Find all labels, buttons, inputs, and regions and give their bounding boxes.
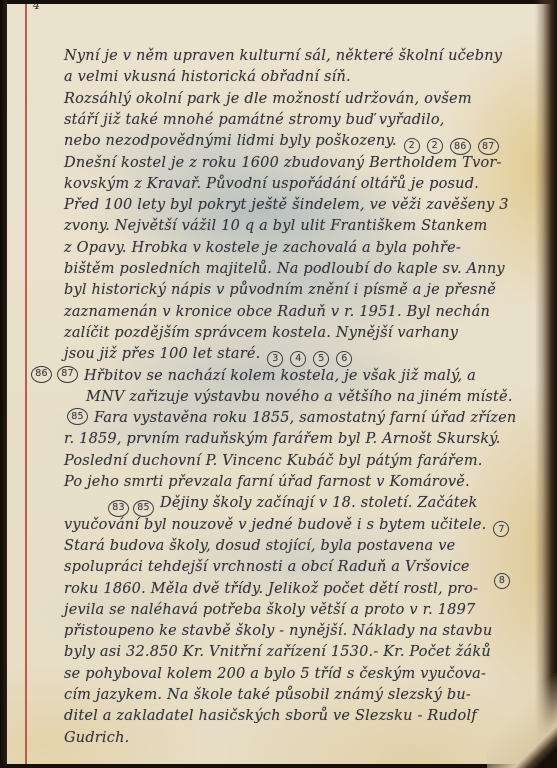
handwritten-line: vyučování byl nouzově v jedné budově i s… <box>64 515 509 536</box>
handwritten-line: jevila se naléhavá potřeba školy větší a… <box>64 600 475 621</box>
line-text: Poslední duchovní P. Vincenc Kubáč byl p… <box>64 453 483 469</box>
handwritten-line: zalíčit pozdějším správcem kostela. Nyně… <box>64 323 458 344</box>
left-margin-circles: 85 <box>67 408 88 425</box>
line-text: spolupráci tehdejší vrchnosti a obcí Rad… <box>64 559 470 575</box>
handwritten-line: Poslední duchovní P. Vincenc Kubáč byl p… <box>64 451 483 472</box>
handwritten-line: roku 1860. Měla dvě třídy. Jelikož počet… <box>64 579 478 600</box>
line-text: Fara vystavěna roku 1855, samostatný far… <box>94 410 516 426</box>
line-text: roku 1860. Měla dvě třídy. Jelikož počet… <box>64 581 478 597</box>
circled-number: 86 <box>31 366 52 383</box>
line-text: z Opavy. Hrobka v kostele je zachovalá a… <box>64 240 461 256</box>
circled-number: 7 <box>493 521 509 537</box>
line-text: vyučování byl nouzově v jedné budově i s… <box>64 517 486 533</box>
line-text: byl historický nápis v původním znění i … <box>64 282 496 298</box>
line-text: Po jeho smrti převzala farní úřad farnos… <box>64 474 470 490</box>
line-text: stáří již také mnohé památné stromy buď … <box>64 112 445 128</box>
scan-edge-left <box>0 0 7 768</box>
handwritten-line: jsou již přes 100 let staré.3456 <box>64 344 352 365</box>
handwritten-line: byl historický nápis v původním znění i … <box>64 280 496 301</box>
handwritten-line: MNV zařizuje výstavbu nového a většího n… <box>86 387 513 408</box>
scanned-chronicle-page: 4 Nyní je v něm upraven kulturní sál, ně… <box>0 0 557 768</box>
line-text: nebo nezodpovědnými lidmi byly poškozeny… <box>64 133 397 149</box>
inline-tail-circles: 7 <box>493 521 509 537</box>
line-text: se pohyboval kolem 200 a bylo 5 tříd s č… <box>64 666 486 682</box>
line-text: byly asi 32.850 Kr. Vnitřní zařízení 153… <box>64 644 491 660</box>
handwritten-line: Po jeho smrti převzala farní úřad farnos… <box>64 472 470 493</box>
line-text: r. 1859, prvním raduňským farářem byl P.… <box>64 431 501 447</box>
line-text: přistoupeno ke stavbě školy - nynější. N… <box>64 623 492 639</box>
handwritten-line: 8687Hřbitov se nachází kolem kostela, je… <box>84 366 476 387</box>
handwritten-line: byly asi 32.850 Kr. Vnitřní zařízení 153… <box>64 642 491 663</box>
left-margin-circles: 8687 <box>31 366 78 383</box>
circled-number: 85 <box>67 408 88 425</box>
line-text: Před 100 lety byl pokryt ještě šindelem,… <box>64 197 509 213</box>
handwritten-line: r. 1859, prvním raduňským farářem byl P.… <box>64 429 501 450</box>
right-margin-circles: 8 <box>494 566 510 589</box>
line-text: zaznamenán v kronice obce Raduň v r. 195… <box>64 304 490 320</box>
line-text: zalíčit pozdějším správcem kostela. Nyně… <box>64 325 458 341</box>
handwritten-line: spolupráci tehdejší vrchnosti a obcí Rad… <box>64 557 470 578</box>
handwritten-line: přistoupeno ke stavbě školy - nynější. N… <box>64 621 492 642</box>
handwritten-line: zaznamenán v kronice obce Raduň v r. 195… <box>64 302 490 323</box>
handwritten-line: Nyní je v něm upraven kulturní sál, někt… <box>64 46 502 67</box>
line-text: Rozsáhlý okolní park je dle možností udr… <box>64 91 472 107</box>
line-text: cím jazykem. Na škole také působil známý… <box>64 687 471 703</box>
handwritten-line: z Opavy. Hrobka v kostele je zachovalá a… <box>64 238 461 259</box>
handwritten-line: Stará budova školy, dosud stojící, byla … <box>64 536 455 557</box>
page-corner-fold <box>487 673 557 768</box>
handwritten-line: bištěm posledních majitelů. Na podloubí … <box>64 259 505 280</box>
line-text: Stará budova školy, dosud stojící, byla … <box>64 538 455 554</box>
handwritten-line: se pohyboval kolem 200 a bylo 5 tříd s č… <box>64 664 486 685</box>
handwritten-line: zvony. Největší vážil 10 q a byl ulit Fr… <box>64 216 487 237</box>
handwritten-line: a velmi vkusná historická obřadní síň. <box>64 67 351 88</box>
text-block: Nyní je v něm upraven kulturní sál, někt… <box>64 46 542 756</box>
handwritten-line: 8385Dějiny školy začínají v 18. století.… <box>108 493 478 514</box>
handwritten-line: cím jazykem. Na škole také působil známý… <box>64 685 471 706</box>
line-text: ditel a zakladatel hasičských sborů ve S… <box>64 708 477 724</box>
line-text: Dějiny školy začínají v 18. století. Zač… <box>160 495 478 511</box>
handwritten-line: stáří již také mnohé památné stromy buď … <box>64 110 445 131</box>
handwritten-line: Před 100 lety byl pokryt ještě šindelem,… <box>64 195 509 216</box>
line-text: kovským z Kravař. Původní uspořádání olt… <box>64 176 479 192</box>
line-text: jevila se naléhavá potřeba školy větší a… <box>64 602 475 618</box>
red-margin-rule-line <box>25 4 27 764</box>
line-text: a velmi vkusná historická obřadní síň. <box>64 69 351 85</box>
line-text: zvony. Největší vážil 10 q a byl ulit Fr… <box>64 218 487 234</box>
line-text: Dnešní kostel je z roku 1600 zbudovaný B… <box>64 155 502 171</box>
line-text: jsou již přes 100 let staré. <box>64 346 260 362</box>
handwritten-line: Gudrich. <box>64 728 129 749</box>
handwritten-line: Dnešní kostel je z roku 1600 zbudovaný B… <box>64 153 502 174</box>
circled-number: 8 <box>494 573 510 589</box>
line-text: Hřbitov se nachází kolem kostela, je vša… <box>84 368 476 384</box>
book-binding-shadow <box>535 0 557 768</box>
scan-edge-top <box>0 0 557 4</box>
handwritten-line: kovským z Kravař. Původní uspořádání olt… <box>64 174 479 195</box>
handwritten-line: ditel a zakladatel hasičských sborů ve S… <box>64 706 477 727</box>
scan-edge-bottom <box>0 764 557 768</box>
handwritten-line: 85Fara vystavěna roku 1855, samostatný f… <box>94 408 516 429</box>
line-text: Nyní je v něm upraven kulturní sál, někt… <box>64 48 502 64</box>
circled-number: 87 <box>57 366 78 383</box>
handwritten-line: Rozsáhlý okolní park je dle možností udr… <box>64 89 472 110</box>
line-text: MNV zařizuje výstavbu nového a většího n… <box>86 389 513 405</box>
line-text: Gudrich. <box>64 730 129 746</box>
handwritten-line: nebo nezodpovědnými lidmi byly poškozeny… <box>64 131 499 152</box>
line-text: bištěm posledních majitelů. Na podloubí … <box>64 261 505 277</box>
